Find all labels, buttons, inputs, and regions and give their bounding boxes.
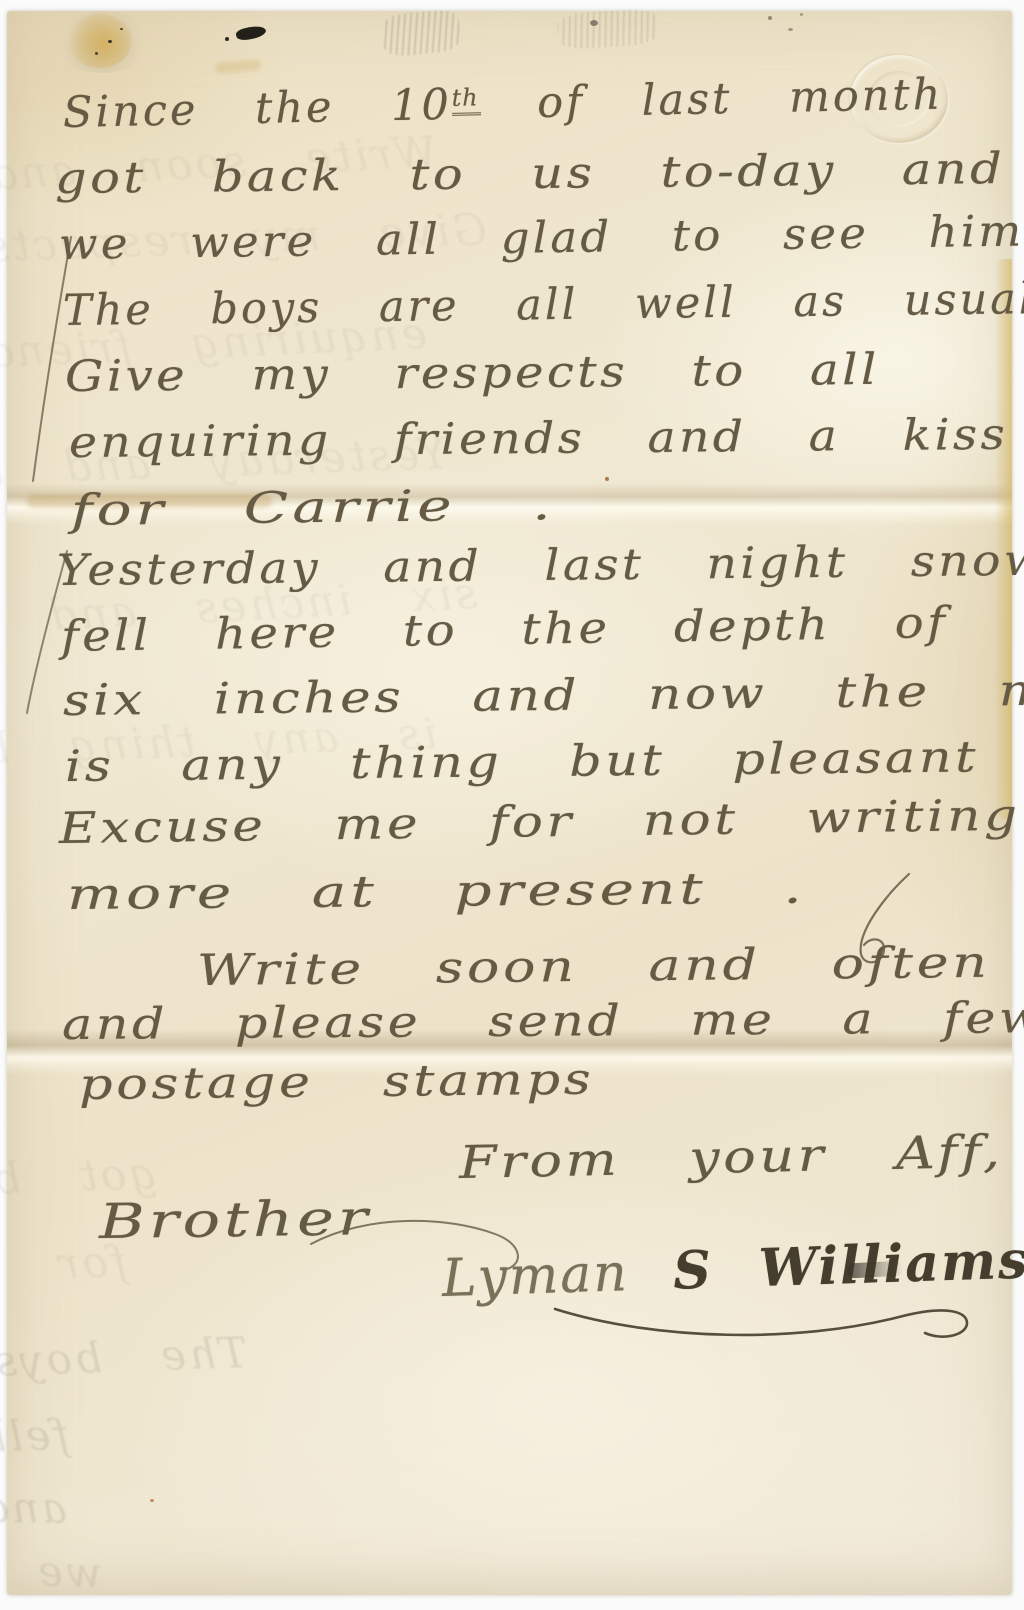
letter-line: we were all glad to see him: [59, 209, 1024, 270]
letter-line: fell here to the depth of: [61, 600, 949, 661]
letter-line: is any thing but pleasant: [65, 734, 979, 791]
stain-speck: [108, 40, 112, 43]
stray-pen-stroke: [827, 868, 919, 972]
bleedthrough-line: The boys are all well as usual: [0, 1330, 248, 1410]
letter-line: enquiring friends and a kiss: [69, 412, 1008, 467]
rust-speck: [605, 477, 609, 481]
letter-paper: Write soon and often Give my respects to…: [7, 11, 1012, 1595]
signature-underline-flourish: [547, 1295, 977, 1349]
letter-line: more at present .: [67, 866, 806, 920]
ink-dot: [788, 28, 793, 31]
ink-dot: [800, 13, 803, 16]
smudge-black: [235, 24, 267, 42]
ink-smudge-signature: [847, 1261, 904, 1279]
valediction-line: From your Aff,: [458, 1127, 1004, 1188]
stain-speck: [95, 52, 98, 55]
letter-line: Yesterday and last night snow: [57, 538, 1024, 596]
bleedthrough-line: fell here to the depth of: [0, 1412, 70, 1479]
bleedthrough-line: and please send me a few: [0, 1472, 67, 1533]
stain-speck: [120, 28, 123, 30]
letter-line: got back to us to-day and: [55, 146, 1006, 203]
letter-line: Since the 10th of last month: [63, 72, 944, 138]
smudge-dot: [590, 20, 598, 26]
letter-line: The boys are all well as usual: [63, 276, 1024, 335]
letter-line: six inches and now the mud: [63, 667, 1024, 725]
letter-line: for Carrie .: [71, 482, 555, 535]
bleedthrough-line: we were all glad to see him: [0, 1526, 103, 1596]
letter-line: postage stamps: [79, 1057, 595, 1110]
line-text: Since the 10: [62, 80, 452, 138]
pencil-smudge-1: [380, 8, 462, 58]
letter-line: Give my respects to all: [65, 347, 880, 401]
scan-background: { "colors": { "paper": "#eee4ca", "paper…: [0, 0, 1024, 1610]
rust-speck: [150, 1499, 154, 1502]
ordinal-superscript: th: [451, 83, 480, 116]
smudge-dot: [225, 37, 229, 41]
line-text: of last month: [480, 70, 944, 130]
stain-tan-faint: [215, 59, 262, 74]
pencil-smudge-2: [557, 8, 659, 51]
letter-line: and please send me a few: [62, 995, 1024, 1049]
stain-yellow: [68, 14, 132, 68]
ink-dot: [768, 16, 772, 20]
letter-line: Excuse me for not writing: [59, 793, 1021, 854]
